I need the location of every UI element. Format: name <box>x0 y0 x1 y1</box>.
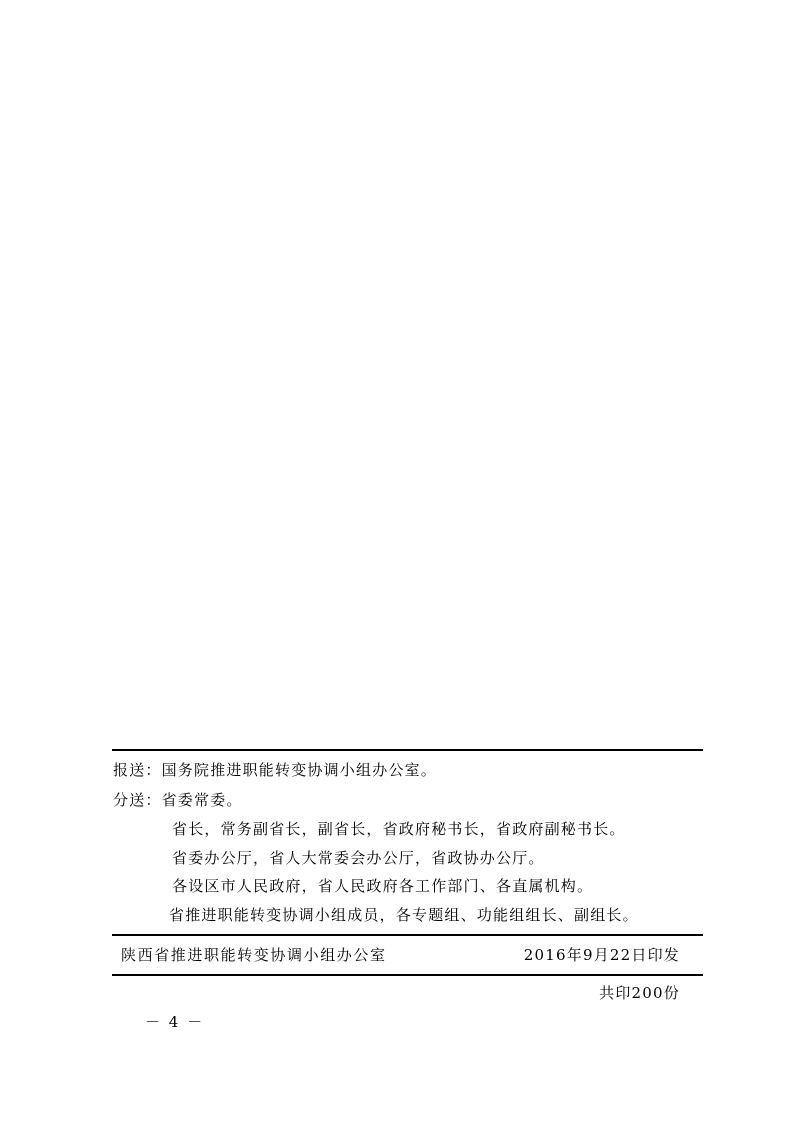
report-to-label: 报送： <box>113 760 162 780</box>
issuing-office: 陕西省推进职能转变协调小组办公室 <box>121 945 387 965</box>
copy-to-recipient: 省长，常务副省长，副省长，省政府秘书长，省政府副秘书长。 <box>172 819 626 839</box>
bottom-divider-rule <box>112 974 703 976</box>
copy-to-recipient: 各设区市人民政府，省人民政府各工作部门、各直属机构。 <box>172 876 593 896</box>
copy-to-recipient: 省委常委。 <box>162 791 243 809</box>
page-number: － 4 － <box>145 1012 204 1032</box>
report-to-line: 报送：国务院推进职能转变协调小组办公室。 <box>113 760 437 780</box>
copy-to-label: 分送： <box>113 790 162 810</box>
issue-date: 2016年9月22日印发 <box>524 945 680 965</box>
copy-to-line: 分送：省委常委。 <box>113 790 243 810</box>
report-to-text: 国务院推进职能转变协调小组办公室。 <box>162 761 437 779</box>
middle-divider-rule <box>112 934 703 936</box>
print-copies: 共印200份 <box>599 983 680 1003</box>
copy-to-recipient: 省委办公厅，省人大常委会办公厅，省政协办公厅。 <box>172 848 545 868</box>
copy-to-recipient: 省推进职能转变协调小组成员，各专题组、功能组组长、副组长。 <box>169 905 639 925</box>
top-divider-rule <box>112 749 703 751</box>
